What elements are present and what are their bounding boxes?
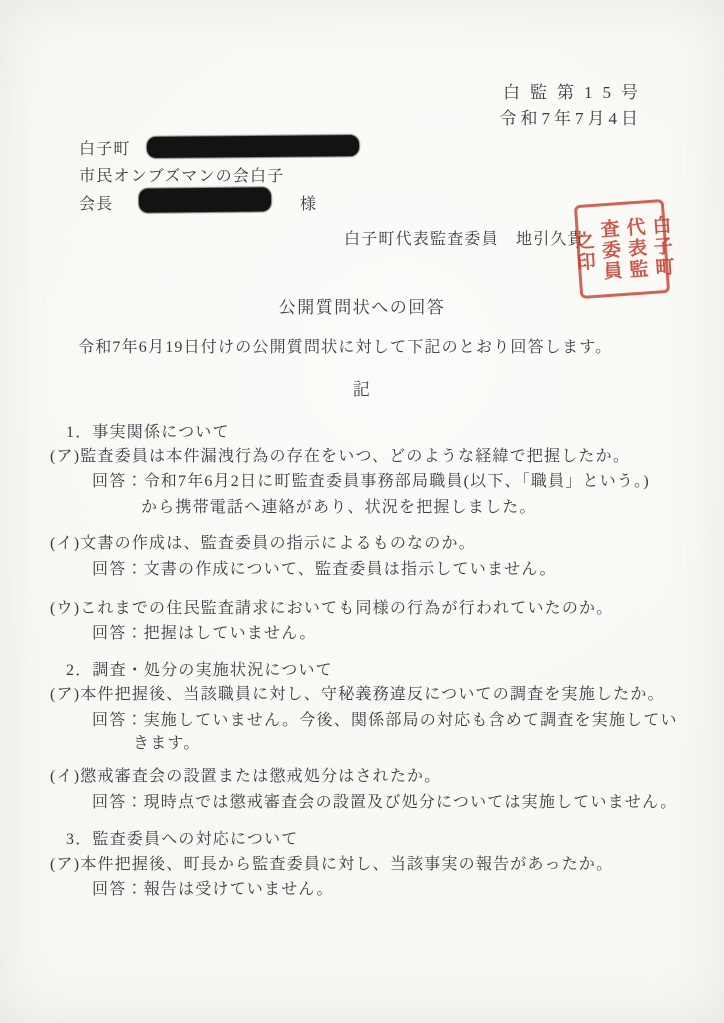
- redaction-bar-name: [139, 187, 271, 212]
- section-1-item-u-answer: 回答：把握はしていません。: [92, 620, 317, 643]
- record-marker: 記: [0, 375, 724, 400]
- sender-line: 白子町代表監査委員 地引久貴: [344, 226, 585, 249]
- section-2-heading: 2．調査・処分の実施状況について: [66, 657, 333, 680]
- section-1-item-a-question: (ア)監査委員は本件漏洩行為の存在をいつ、どのような経緯で把握したか。: [50, 443, 630, 466]
- recipient-town: 白子町: [79, 136, 131, 159]
- doc-number: 白監第15号: [503, 78, 648, 103]
- section-3-item-a-question: (ア)本件把握後、町長から監査委員に対し、当該事実の報告があったか。: [50, 851, 613, 874]
- recipient-org: 市民オンブズマンの会白子: [79, 163, 284, 186]
- redaction-bar-address: [147, 135, 359, 158]
- intro-paragraph: 令和7年6月19日付けの公開質問状に対して下記のとおり回答します。: [78, 334, 612, 357]
- doc-date: 令和7年7月4日: [500, 104, 643, 129]
- section-2-item-a-question: (ア)本件把握後、当該職員に対し、守秘義務違反についての調査を実施したか。: [50, 681, 665, 704]
- section-1-item-i-question: (イ)文書の作成は、監査委員の指示によるものなのか。: [50, 530, 476, 553]
- section-1-item-a-answer-line1: 回答：令和7年6月2日に町監査委員事務部局職員(以下、「職員」という。): [92, 468, 650, 491]
- section-3-heading: 3．監査委員への対応について: [66, 826, 298, 849]
- section-1-item-a-answer-line2: から携帯電話へ連絡があり、状況を把握しました。: [141, 494, 537, 517]
- section-1-item-u-question: (ウ)これまでの住民監査請求においても同様の行為が行われていたのか。: [50, 595, 613, 618]
- document-page: 白監第15号 令和7年7月4日 白子町 市民オンブズマンの会白子 会長 様 白子…: [0, 0, 724, 1023]
- section-2-item-a-answer-line1: 回答：実施していません。今後、関係部局の対応も含めて調査を実施してい: [92, 707, 678, 730]
- section-2-item-i-question: (イ)懲戒審査会の設置または懲戒処分はされたか。: [50, 763, 441, 786]
- official-seal: 白子町代表監査委員之印: [574, 199, 670, 299]
- recipient-title: 会長: [79, 191, 113, 214]
- section-3-item-a-answer: 回答：報告は受けていません。: [92, 876, 334, 899]
- section-2-item-a-answer-line2: きます。: [133, 730, 201, 753]
- section-1-item-i-answer: 回答：文書の作成について、監査委員は指示していません。: [92, 556, 557, 579]
- section-1-heading: 1．事実関係について: [66, 419, 230, 442]
- doc-title: 公開質問状への回答: [0, 293, 724, 318]
- official-seal-text: 白子町代表監査委員之印: [567, 204, 676, 293]
- section-2-item-i-answer: 回答：現時点では懲戒審査会の設置及び処分については実施していません。: [92, 789, 677, 812]
- recipient-honorific: 様: [300, 191, 317, 214]
